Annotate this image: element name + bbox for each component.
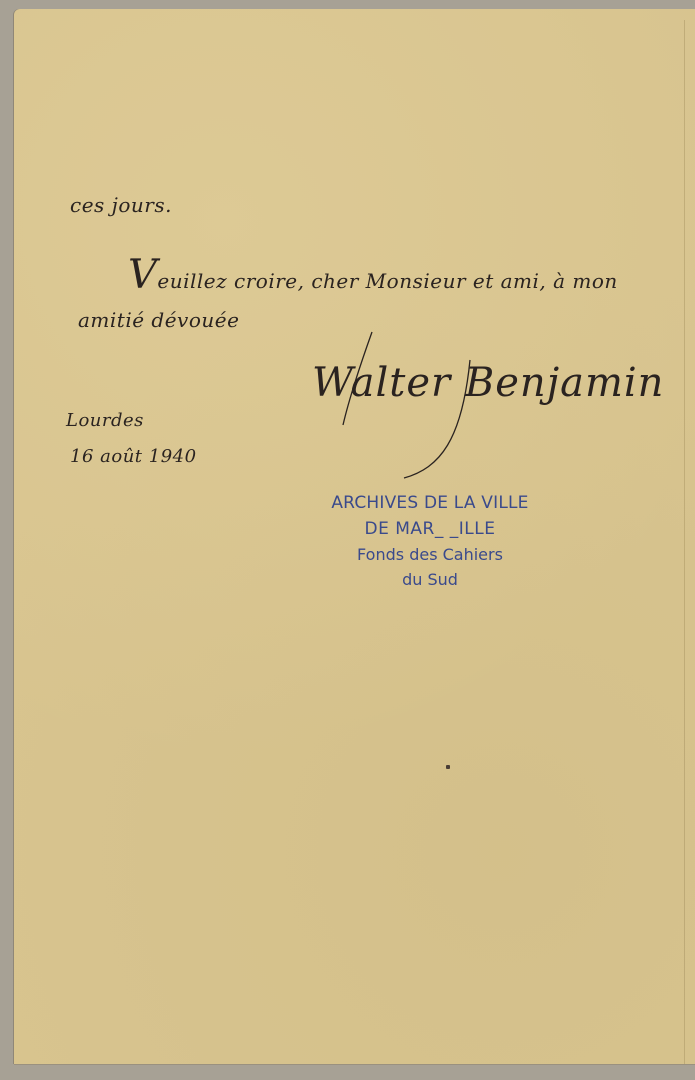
signature: Walter Benjamin xyxy=(312,360,664,406)
paper-fold-line xyxy=(684,20,685,1064)
letter-place: Lourdes xyxy=(66,410,144,431)
ink-speck xyxy=(446,765,450,769)
letter-closing: amitié dévouée xyxy=(78,308,239,332)
letter-initial: V xyxy=(128,252,157,298)
letter-text-line-1: ces jours. xyxy=(70,193,172,217)
letter-text-line-2-rest: euillez croire, cher Monsieur et ami, à … xyxy=(157,269,617,293)
stamp-line-3: Fonds des Cahiers xyxy=(300,542,560,568)
stamp-line-2: DE MAR_ _ILLE xyxy=(300,516,560,542)
stamp-line-1: ARCHIVES DE LA VILLE xyxy=(300,490,560,516)
archive-stamp: ARCHIVES DE LA VILLE DE MAR_ _ILLE Fonds… xyxy=(300,490,560,592)
letter-date: 16 août 1940 xyxy=(70,446,197,467)
stamp-line-4: du Sud xyxy=(300,568,560,592)
letter-text-line-2: Veuillez croire, cher Monsieur et ami, à… xyxy=(128,255,618,295)
